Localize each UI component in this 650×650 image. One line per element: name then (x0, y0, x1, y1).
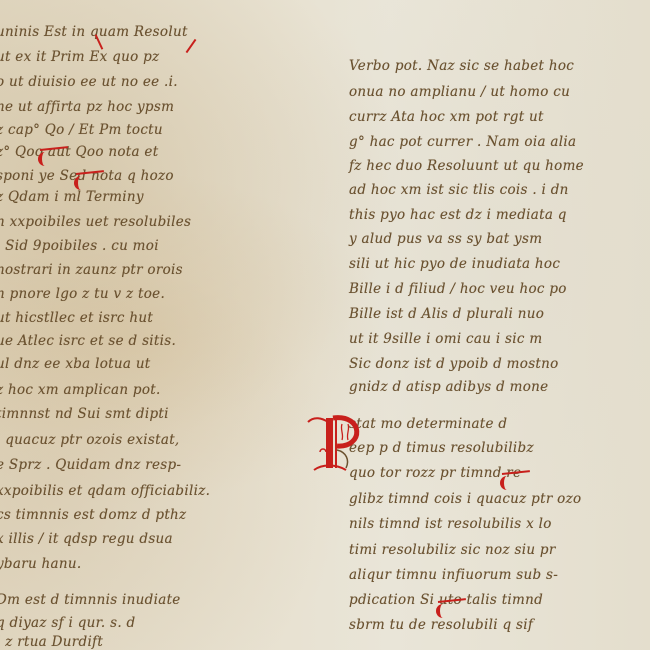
manuscript-line: sbrm tu de resolubili q sif (349, 617, 533, 634)
manuscript-line: n pnore lgo z tu v z toe. (0, 286, 165, 303)
manuscript-line: ut it 9sille i omi cau i sic m (349, 331, 542, 348)
manuscript-line: ut hicstllec et isrc hut (0, 310, 153, 327)
manuscript-line: l z rtua Durdift (0, 634, 103, 650)
manuscript-line: stat mo determinate d (349, 416, 507, 433)
manuscript-line: timnnst nd Sui smt dipti (0, 406, 169, 423)
manuscript-line: nils timnd ist resolubilis x lo (349, 516, 552, 533)
manuscript-line: y alud pus va ss sy bat ysm (349, 231, 542, 248)
manuscript-line: ybaru hanu. (0, 556, 81, 573)
manuscript-line: quo tor rozz pr timnd re (349, 465, 521, 482)
manuscript-line: sili ut hic pyo de inudiata hoc (349, 256, 560, 273)
manuscript-line: currz Ata hoc xm pot rgt ut (349, 109, 544, 126)
paragraph-mark-icon (74, 176, 90, 190)
manuscript-line: Sic donz ist d ypoib d mostno (349, 356, 559, 373)
manuscript-line: g° hac pot currer . Nam oia alia (349, 134, 576, 151)
manuscript-line: ad hoc xm ist sic tlis cois . i dn (349, 182, 569, 199)
manuscript-line: ul dnz ee xba lotua ut (0, 356, 151, 373)
manuscript-line: cs timnnis est domz d pthz (0, 507, 186, 524)
manuscript-line: fz hec duo Resoluunt ut qu home (349, 158, 584, 175)
manuscript-line: eep p d timus resolubilibz (349, 440, 534, 457)
paragraph-mark-icon (500, 476, 516, 490)
manuscript-line: ne ut affirta pz hoc ypsm (0, 99, 174, 116)
manuscript-line: z° Qoo aut Qoo nota et (0, 144, 158, 161)
manuscript-line: Dm est d timnnis inudiate (0, 592, 181, 609)
manuscript-line: n xxpoibiles uet resolubiles (0, 214, 191, 231)
manuscript-line: xxpoibilis et qdam officiabiliz. (0, 483, 210, 500)
manuscript-line: q diyaz sf i qur. s. d (0, 615, 135, 632)
manuscript-line: . Sid 9poibiles . cu moi (0, 238, 159, 255)
manuscript-line: aliqur timnu infiuorum sub s- (349, 567, 558, 584)
paragraph-mark-icon (38, 152, 54, 166)
manuscript-line: i quacuz ptr ozois existat, (0, 432, 180, 449)
manuscript-line: this pyo hac est dz i mediata q (349, 207, 567, 224)
manuscript-line: gnidz d atisp adibys d mone (349, 379, 548, 396)
manuscript-line: z cap° Qo / Et Pm toctu (0, 122, 163, 139)
paragraph-mark-icon (436, 604, 452, 618)
manuscript-line: onua no amplianu / ut homo cu (349, 84, 570, 101)
manuscript-line: z hoc xm amplican pot. (0, 382, 161, 399)
manuscript-line: Verbo pot. Naz sic se habet hoc (349, 58, 574, 75)
manuscript-line: Bille i d filiud / hoc veu hoc po (349, 281, 567, 298)
manuscript-line: timi resolubiliz sic noz siu pr (349, 542, 556, 559)
manuscript-line: Bille ist d Alis d plurali nuo (349, 306, 544, 323)
manuscript-line: ut ex it Prim Ex quo pz (0, 49, 159, 66)
manuscript-line: o ut diuisio ee ut no ee .i. (0, 74, 178, 91)
manuscript-line: e Sprz . Quidam dnz resp- (0, 457, 181, 474)
manuscript-line: z Qdam i ml Terminy (0, 189, 144, 206)
manuscript-line: glibz timnd cois i quacuz ptr ozo (349, 491, 581, 508)
manuscript-line: uninis Est in quam Resolut (0, 24, 188, 41)
manuscript-line: nostrari in zaunz ptr orois (0, 262, 183, 279)
manuscript-line: x illis / it qdsp regu dsua (0, 531, 173, 548)
decorated-initial-icon (306, 412, 366, 474)
manuscript-line: ue Atlec isrc et se d sitis. (0, 333, 176, 350)
rubricated-initial-p (306, 412, 366, 474)
